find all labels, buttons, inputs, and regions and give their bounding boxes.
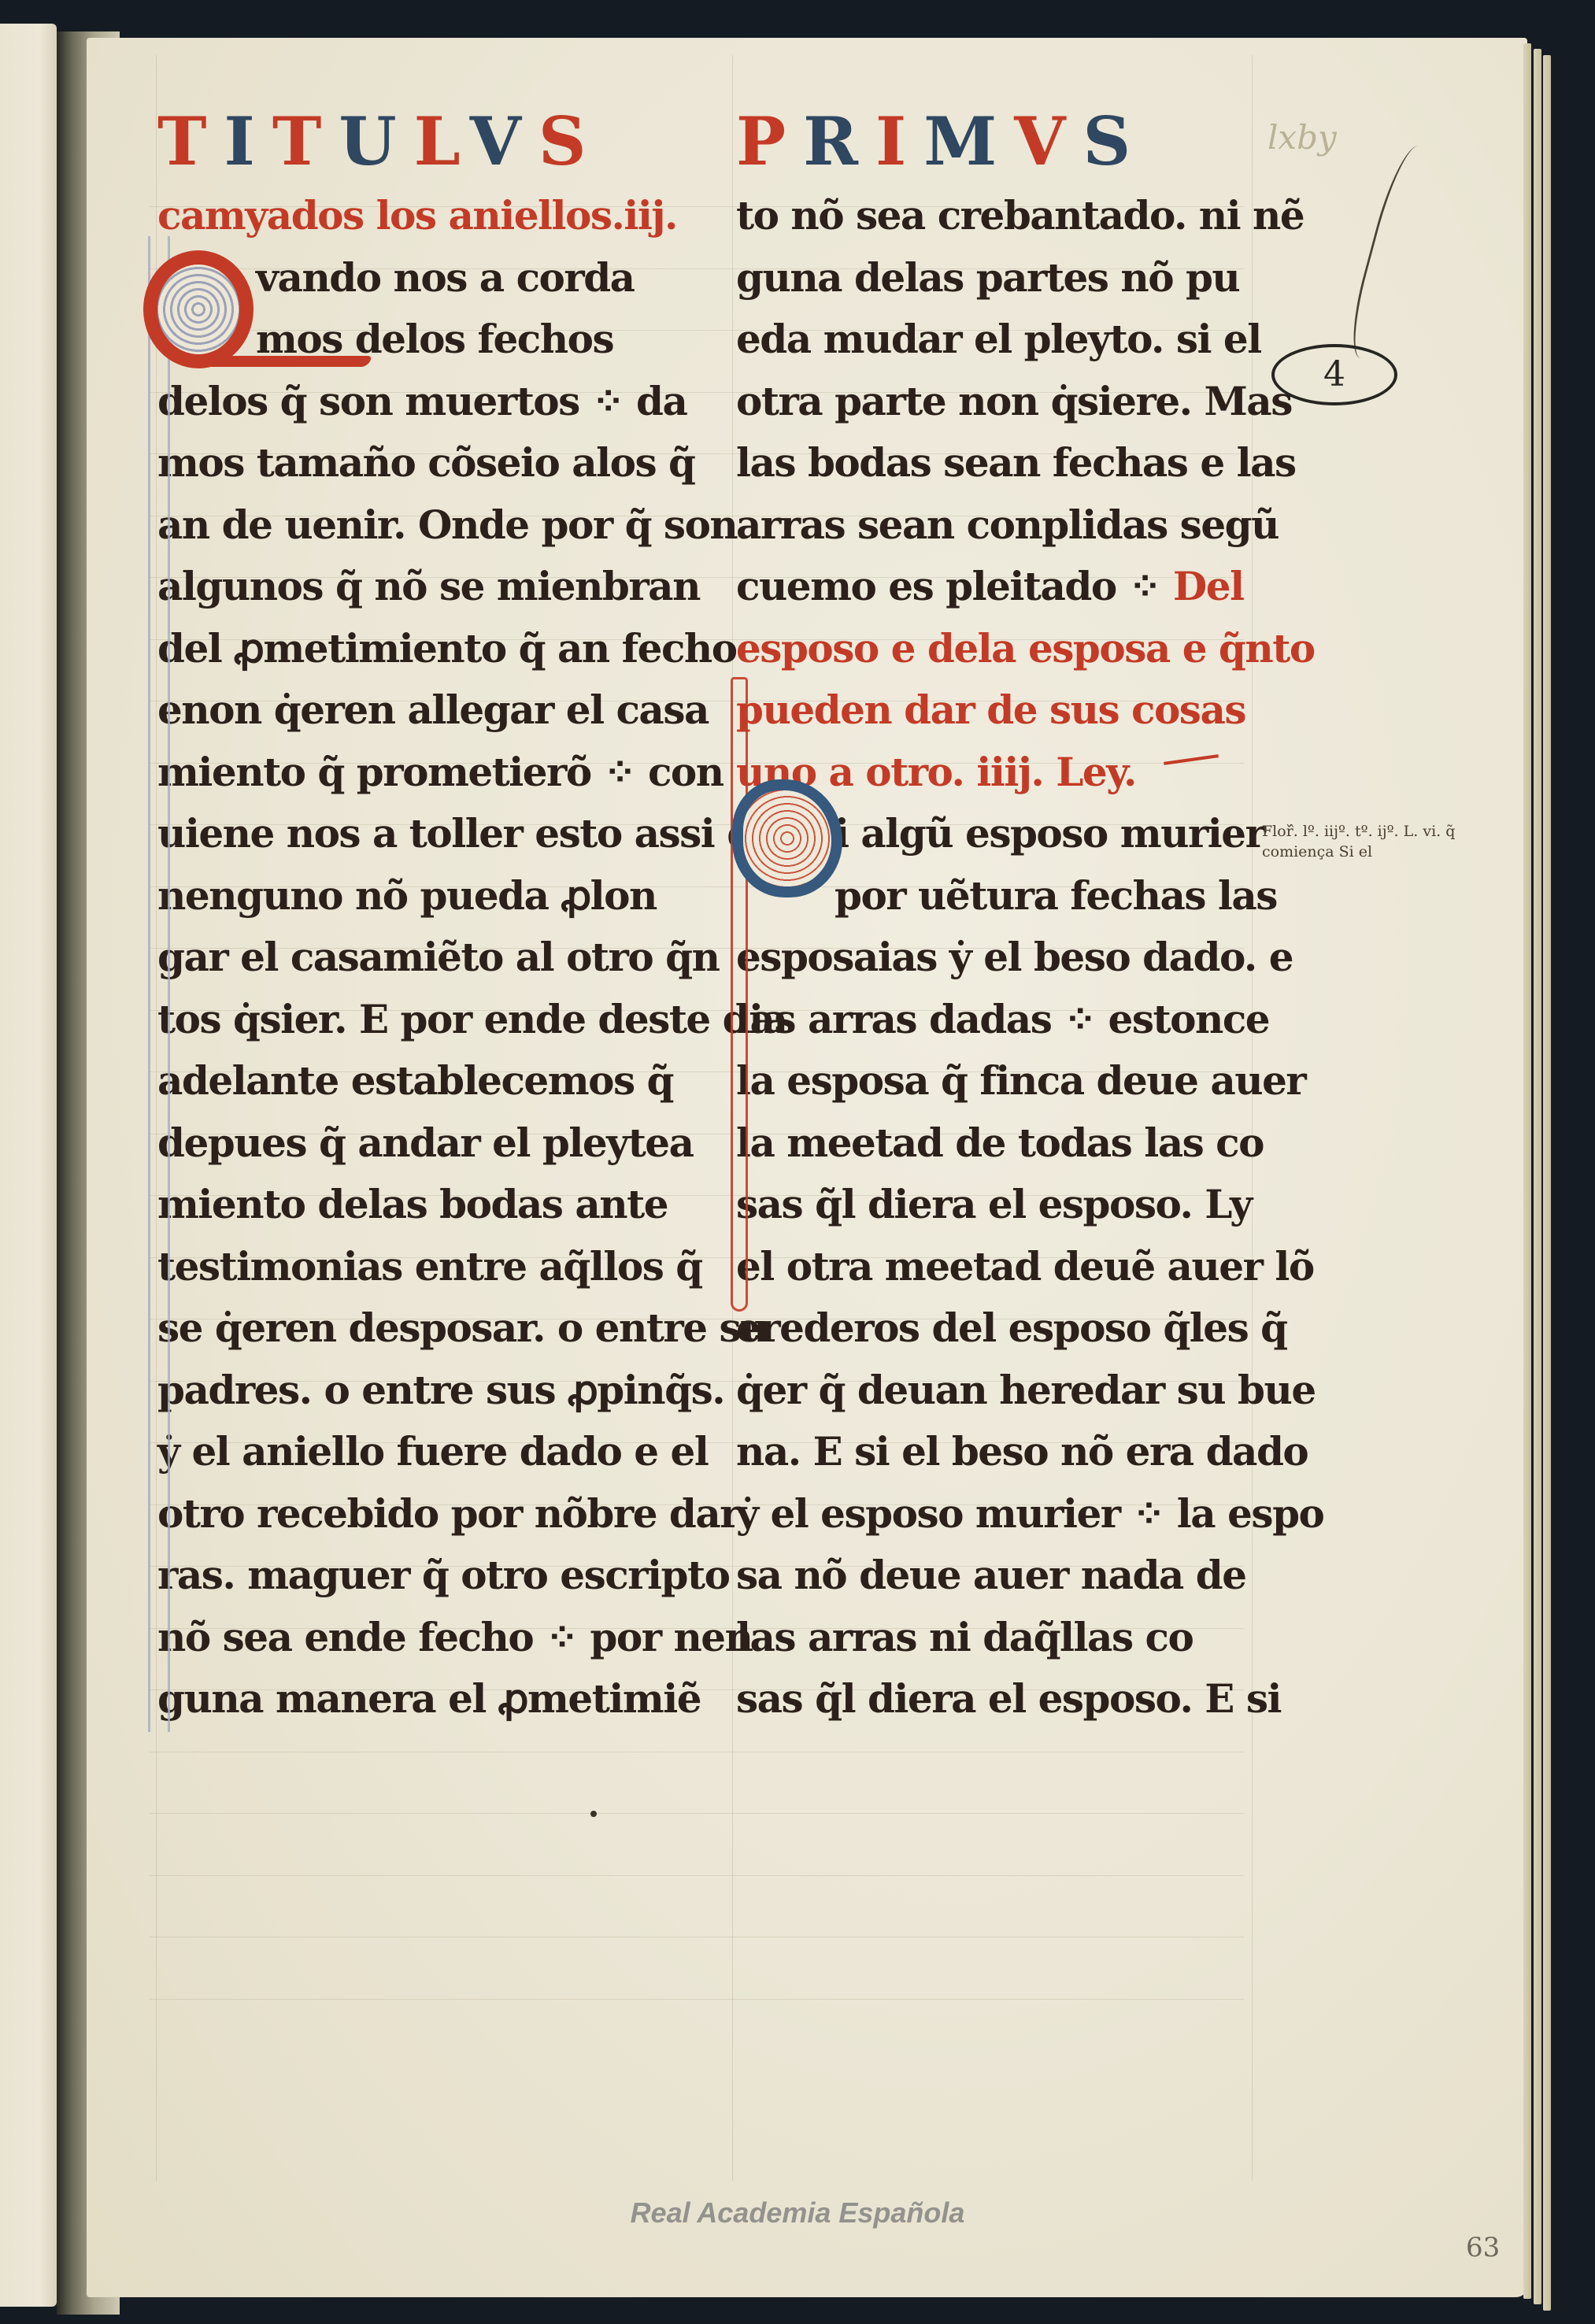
text-line: erederos del esposo q̃les q̃ bbox=[736, 1297, 1224, 1360]
text-line: otro recebido por nõbre dar bbox=[157, 1483, 646, 1545]
text-line: esposo e dela esposa e q̃nto bbox=[736, 618, 1224, 680]
text-line: enon q̇eren allegar el casa bbox=[157, 679, 646, 742]
text-line: miento delas bodas ante bbox=[157, 1174, 646, 1236]
text-line: adelante establecemos q̃ bbox=[157, 1050, 646, 1112]
title-letter: T bbox=[157, 102, 224, 180]
text-line: arras sean conplidas segũ bbox=[736, 494, 1224, 557]
text-line: ẏ el esposo murier ⁘ la espo bbox=[736, 1483, 1224, 1545]
page-edge-2 bbox=[1534, 49, 1541, 2304]
flourish-penwork-right bbox=[731, 677, 748, 1312]
text-line: to nõ sea crebantado. ni nẽ bbox=[736, 185, 1224, 247]
text-line: algunos q̃ nõ se mienbran bbox=[157, 556, 646, 618]
title-letter: I bbox=[224, 102, 272, 180]
marginal-note-line: comiença Si el bbox=[1262, 842, 1530, 862]
faint-marginal-note: lxby bbox=[1267, 118, 1337, 157]
text-line: nõ sea ende fecho ⁘ por nen bbox=[157, 1607, 646, 1669]
text-line: depues q̃ andar el pleytea bbox=[157, 1112, 646, 1175]
text-line: el otra meetad deuẽ auer lõ bbox=[736, 1236, 1224, 1298]
left-page-edge bbox=[0, 24, 57, 2307]
flourish-penwork-left bbox=[148, 236, 170, 1732]
inline-rubric: Del bbox=[1160, 563, 1244, 609]
text-line: la meetad de todas las co bbox=[736, 1112, 1224, 1175]
title-letter: U bbox=[339, 102, 413, 180]
title-letter: S bbox=[1082, 102, 1148, 180]
text-line: delos q̃ son muertos ⁘ da bbox=[157, 371, 646, 433]
text-line: otra parte non q̇siere. Mas bbox=[736, 371, 1224, 433]
page-edge-3 bbox=[1543, 55, 1551, 2311]
text-line: cuemo es pleitado ⁘ Del bbox=[736, 556, 1224, 618]
left-text-lines: vando nos a cordamos delos fechosdelos q… bbox=[157, 247, 646, 1730]
initial-q-tail bbox=[186, 356, 373, 367]
running-title-left: TITULVS bbox=[157, 98, 646, 185]
ruling-line bbox=[150, 1937, 1244, 1937]
marginal-note-line: Flor᷈. lº. iijº. tº. ijº. L. vi. q̃ bbox=[1262, 821, 1530, 842]
watermark-real-academia: Real Academia Española bbox=[0, 2196, 1595, 2230]
text-line: uiene nos a toller esto assi q̃ bbox=[157, 803, 646, 865]
title-letter: T bbox=[272, 102, 339, 180]
right-column: PRIMVS to nõ sea crebantado. ni nẽguna d… bbox=[736, 98, 1224, 1730]
text-line: testimonias entre aq̃llos q̃ bbox=[157, 1236, 646, 1298]
title-letter: V bbox=[470, 102, 538, 180]
text-line: guna delas partes nõ pu bbox=[736, 247, 1224, 309]
right-text-lines-a: to nõ sea crebantado. ni nẽguna delas pa… bbox=[736, 185, 1224, 618]
text-line: gar el casamiẽto al otro q̃n bbox=[157, 927, 646, 989]
circled-numeral: 4 bbox=[1271, 344, 1397, 405]
text-line: guna manera el ꝓmetimiẽ bbox=[157, 1668, 646, 1730]
text-line: nenguno nõ pueda ꝓlon bbox=[157, 865, 646, 927]
page-dot bbox=[590, 1811, 597, 1817]
title-letter: R bbox=[803, 102, 875, 180]
text-line: ẏ el aniello fuere dado e el bbox=[157, 1421, 646, 1483]
text-line: padres. o entre sus ꝓpinq̃s. bbox=[157, 1360, 646, 1422]
title-letter: M bbox=[923, 102, 1014, 180]
title-letter: S bbox=[538, 102, 604, 180]
text-line: las arras ni daq̃llas co bbox=[736, 1607, 1224, 1669]
rubric-lines: esposo e dela esposa e q̃ntopueden dar d… bbox=[736, 618, 1224, 804]
ruling-line bbox=[150, 1752, 1244, 1752]
text-line: pueden dar de sus cosas bbox=[736, 679, 1224, 742]
title-letter: L bbox=[414, 102, 470, 180]
text-line: la esposa q̃ finca deue auer bbox=[736, 1050, 1224, 1112]
text-line: eda mudar el pleyto. si el bbox=[736, 309, 1224, 371]
title-letter: P bbox=[736, 102, 803, 180]
running-title-right: PRIMVS bbox=[736, 98, 1224, 185]
text-line: las bodas sean fechas e las bbox=[736, 432, 1224, 494]
initial-q-decorated bbox=[143, 250, 253, 368]
column-rule bbox=[1252, 55, 1253, 2181]
ruling-line bbox=[150, 1875, 1244, 1876]
text-line: esposaias ẏ el beso dado. e bbox=[736, 927, 1224, 989]
page-edge-1 bbox=[1523, 43, 1531, 2299]
text-line: del ꝓmetimiento q̃ an fecho bbox=[157, 618, 646, 680]
text-line: ras. maguer q̃ otro escripto bbox=[157, 1545, 646, 1607]
ruling-line bbox=[150, 1813, 1244, 1814]
text-line: las arras dadas ⁘ estonce bbox=[736, 989, 1224, 1051]
text-line: miento q̃ prometierõ ⁘ con bbox=[157, 742, 646, 804]
marginal-reference-note: Flor᷈. lº. iijº. tº. ijº. L. vi. q̃comie… bbox=[1262, 821, 1530, 862]
text-line: an de uenir. Onde por q̃ son bbox=[157, 494, 646, 557]
text-line: tos q̇sier. E por ende deste dia bbox=[157, 989, 646, 1051]
text-line: sas q̃l diera el esposo. Ly bbox=[736, 1174, 1224, 1236]
text-line: mos tamaño cõseio alos q̃ bbox=[157, 432, 646, 494]
folio-number: 63 bbox=[1466, 2232, 1500, 2263]
text-line: se q̇eren desposar. o entre su bbox=[157, 1297, 646, 1360]
rubric-heading: camyados los aniellos.iij. bbox=[157, 185, 646, 247]
text-line: na. E si el beso nõ era dado bbox=[736, 1421, 1224, 1483]
title-letter: V bbox=[1014, 102, 1082, 180]
right-text-lines-b: i algũ esposo murierpor uẽtura fechas la… bbox=[736, 803, 1224, 1730]
text-line: sa nõ deue auer nada de bbox=[736, 1545, 1224, 1607]
text-line: sas q̃l diera el esposo. E si bbox=[736, 1668, 1224, 1730]
title-letter: I bbox=[875, 102, 923, 180]
ruling-line bbox=[150, 1999, 1244, 2000]
text-line: q̇er q̃ deuan heredar su bue bbox=[736, 1360, 1224, 1422]
